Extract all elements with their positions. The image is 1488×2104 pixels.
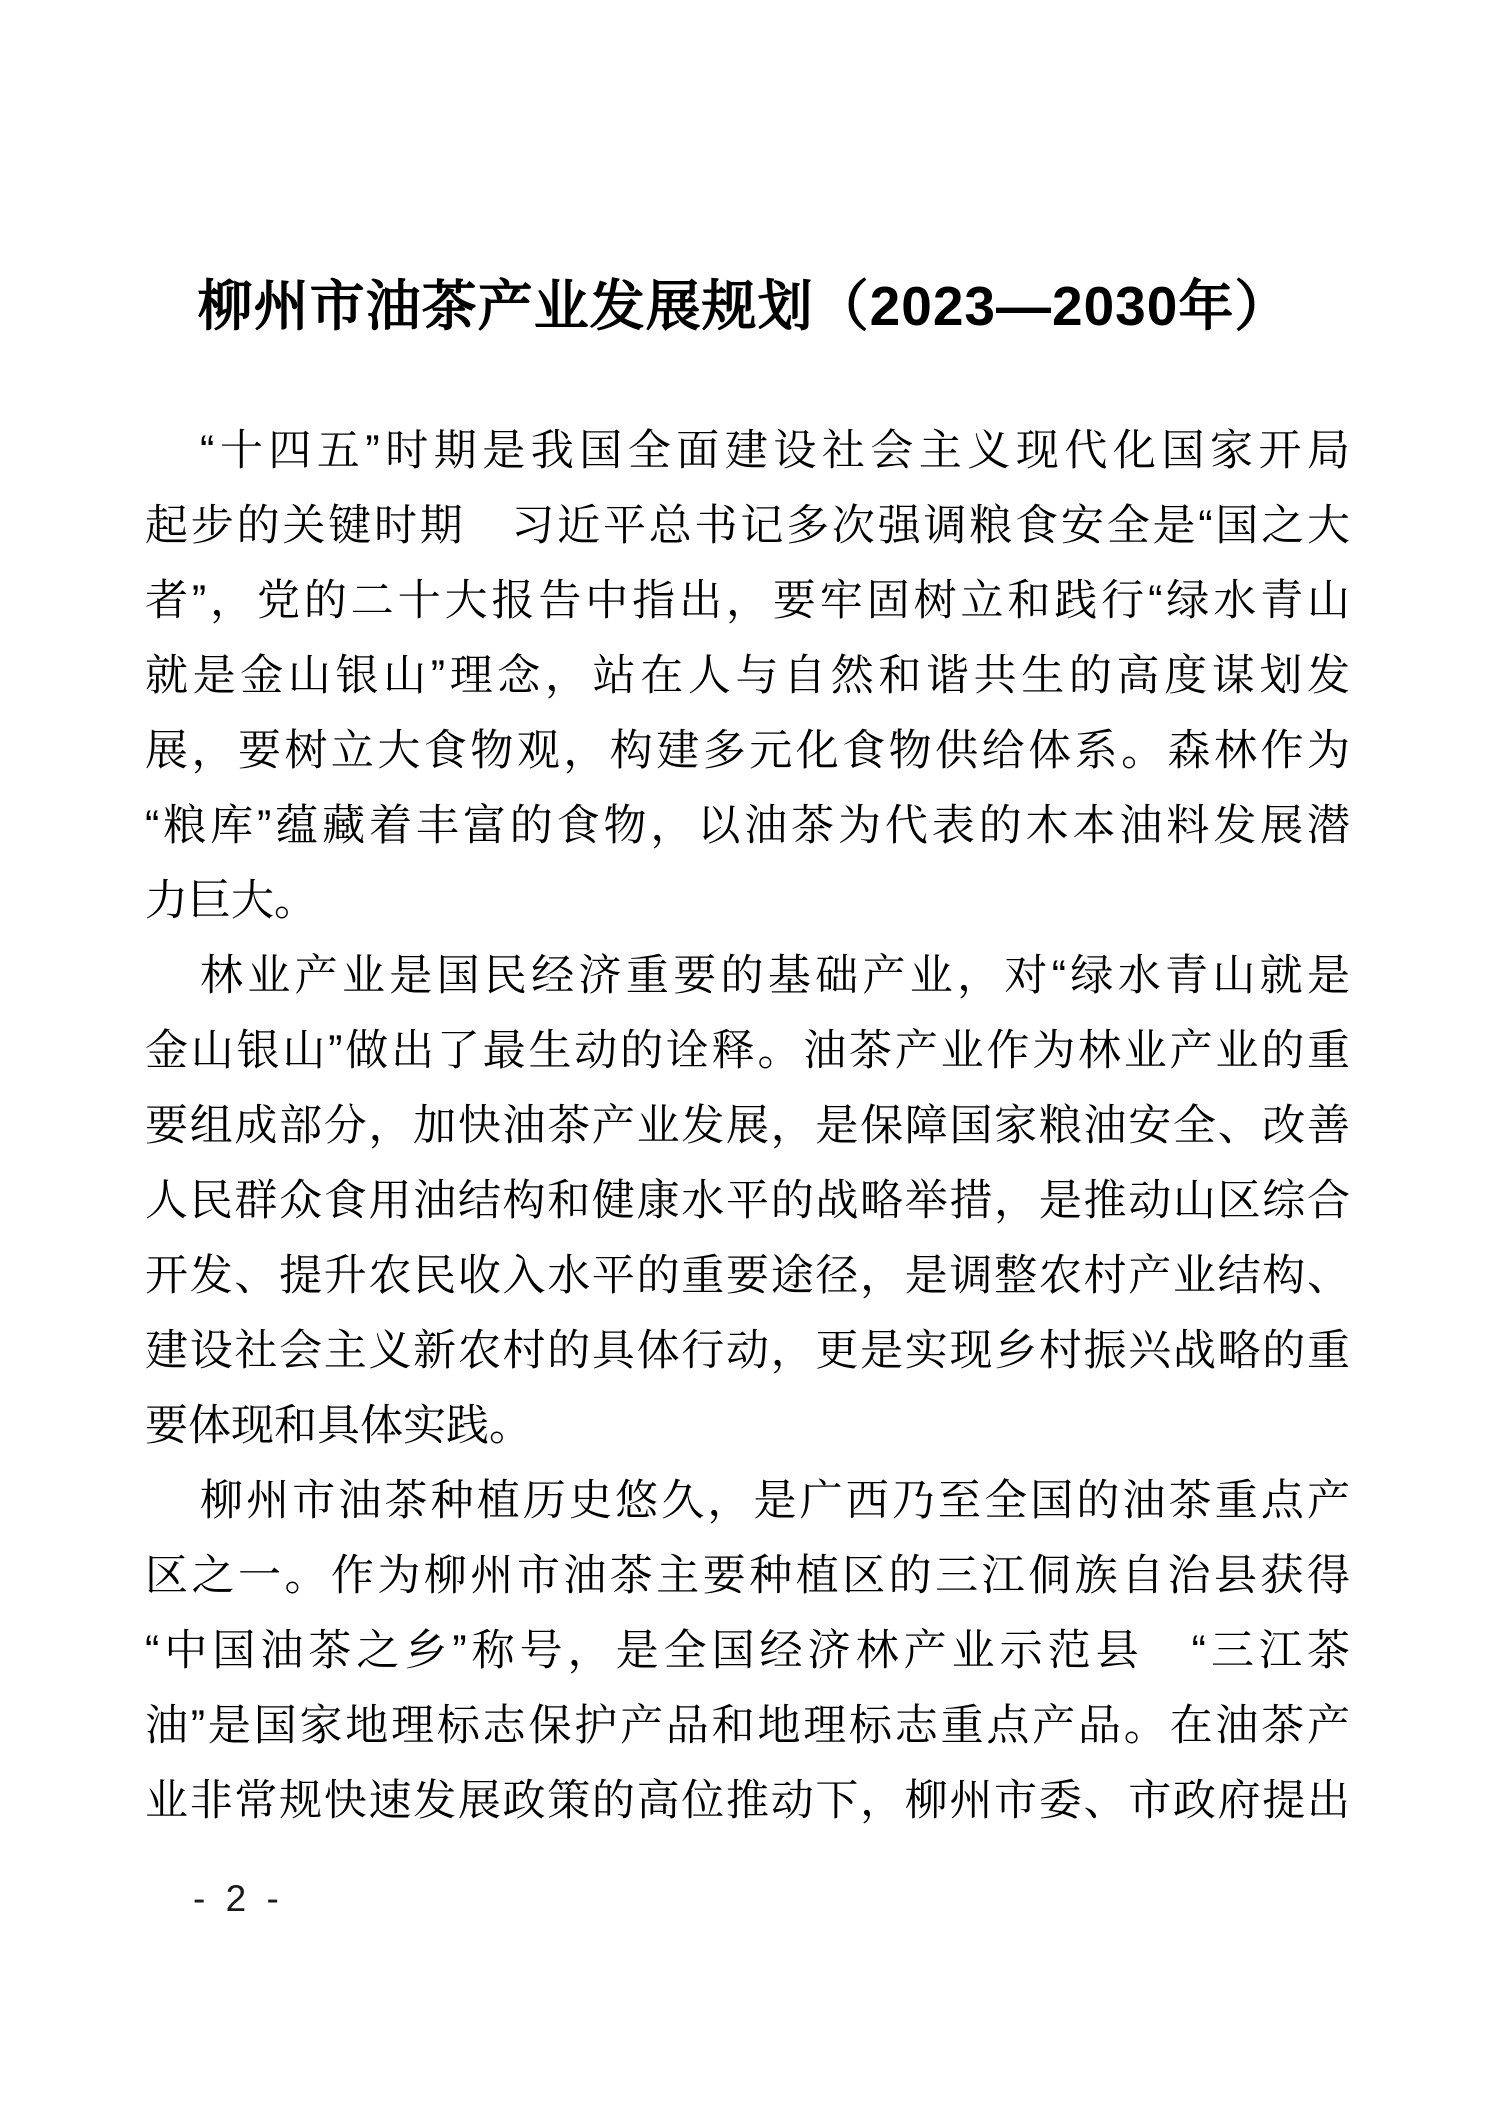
text-line: 力巨大。 [145, 864, 1350, 939]
text-line: 起步的关键时期 习近平总书记多次强调粮食安全是“国之大 [145, 489, 1350, 564]
text-line: 油”是国家地理标志保护产品和地理标志重点产品。在油茶产 [145, 1689, 1350, 1764]
page-number: - 2 - [193, 1878, 284, 1920]
text-line: “粮库”蕴藏着丰富的食物，以油茶为代表的木本油料发展潜 [145, 789, 1350, 864]
text-line: 展，要树立大食物观，构建多元化食物供给体系。森林作为 [145, 714, 1350, 789]
document-title: 柳州市油茶产业发展规划（2023—2030年） [0, 262, 1488, 341]
document-page: 柳州市油茶产业发展规划（2023—2030年） “十四五”时期是我国全面建设社会… [0, 0, 1488, 2104]
text-line: 开发、提升农民收入水平的重要途径，是调整农村产业结构、 [145, 1239, 1350, 1314]
text-line: 金山银山”做出了最生动的诠释。油茶产业作为林业产业的重 [145, 1014, 1350, 1089]
text-line: 要组成部分，加快油茶产业发展，是保障国家粮油安全、改善 [145, 1089, 1350, 1164]
document-body: “十四五”时期是我国全面建设社会主义现代化国家开局 起步的关键时期 习近平总书记… [145, 414, 1350, 1839]
text-line: “十四五”时期是我国全面建设社会主义现代化国家开局 [145, 414, 1350, 489]
text-line: 业非常规快速发展政策的高位推动下，柳州市委、市政府提出 [145, 1764, 1350, 1839]
paragraph-3: 柳州市油茶种植历史悠久，是广西乃至全国的油茶重点产 区之一。作为柳州市油茶主要种… [145, 1464, 1350, 1839]
text-line: 区之一。作为柳州市油茶主要种植区的三江侗族自治县获得 [145, 1539, 1350, 1614]
text-line: 者”，党的二十大报告中指出，要牢固树立和践行“绿水青山 [145, 564, 1350, 639]
paragraph-1: “十四五”时期是我国全面建设社会主义现代化国家开局 起步的关键时期 习近平总书记… [145, 414, 1350, 939]
paragraph-2: 林业产业是国民经济重要的基础产业，对“绿水青山就是 金山银山”做出了最生动的诠释… [145, 939, 1350, 1464]
text-line: 林业产业是国民经济重要的基础产业，对“绿水青山就是 [145, 939, 1350, 1014]
text-line: 人民群众食用油结构和健康水平的战略举措，是推动山区综合 [145, 1164, 1350, 1239]
text-line: 要体现和具体实践。 [145, 1389, 1350, 1464]
text-line: 建设社会主义新农村的具体行动，更是实现乡村振兴战略的重 [145, 1314, 1350, 1389]
text-line: 柳州市油茶种植历史悠久，是广西乃至全国的油茶重点产 [145, 1464, 1350, 1539]
text-line: “中国油茶之乡”称号，是全国经济林产业示范县 “三江茶 [145, 1614, 1350, 1689]
text-line: 就是金山银山”理念，站在人与自然和谐共生的高度谋划发 [145, 639, 1350, 714]
